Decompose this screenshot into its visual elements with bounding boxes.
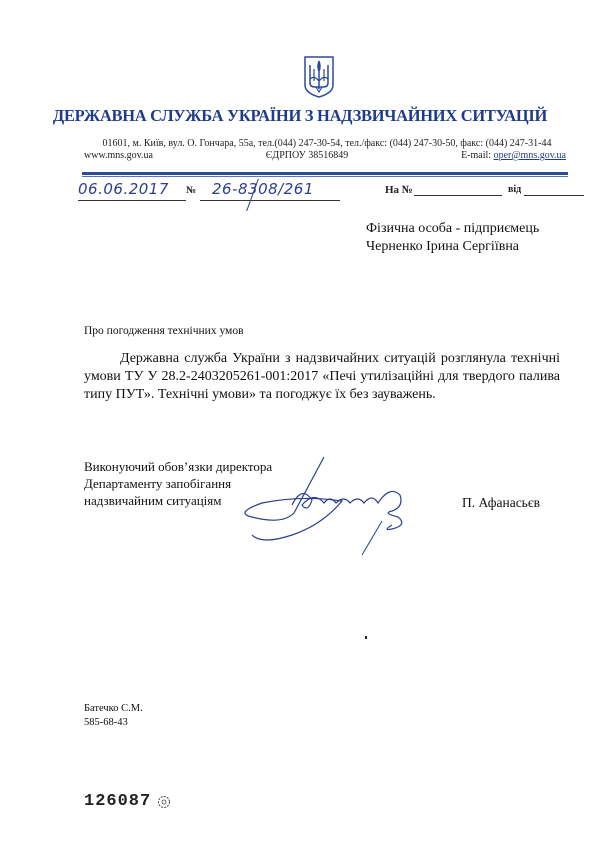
executor-name: Батечко С.М. xyxy=(84,702,143,716)
executor-phone: 585-68-43 xyxy=(84,716,143,730)
letter-body: Державна служба України з надзвичайних с… xyxy=(84,350,560,404)
recipient-name: Черненко Ірина Сергіївна xyxy=(366,238,539,256)
address-line: 01601, м. Київ, вул. О. Гончара, 55а, те… xyxy=(88,138,566,149)
trident-coat-of-arms-icon xyxy=(303,55,335,99)
recipient-block: Фізична особа - підприємець Черненко Іри… xyxy=(366,220,539,256)
number-label: № xyxy=(186,185,196,196)
letter-subject: Про погодження технічних умов xyxy=(84,325,244,337)
website-link[interactable]: www.mns.gov.ua xyxy=(84,150,153,161)
edrpou-code: ЄДРПОУ 38516849 xyxy=(266,150,348,161)
email-link[interactable]: oper@mns.gov.ua xyxy=(494,150,566,161)
email-block: E-mail: oper@mns.gov.ua xyxy=(461,150,566,161)
executor-block: Батечко С.М. 585-68-43 xyxy=(84,702,143,730)
contact-line: www.mns.gov.ua ЄДРПОУ 38516849 E-mail: o… xyxy=(84,150,566,161)
serial-number: 126087 xyxy=(84,792,151,811)
signatory-name: П. Афанасьєв xyxy=(462,495,540,511)
organization-title: ДЕРЖАВНА СЛУЖБА УКРАЇНИ З НАДЗВИЧАЙНИХ С… xyxy=(0,106,600,126)
reply-to-label: На № xyxy=(385,184,413,196)
outgoing-date-field: 06.06.2017 xyxy=(78,180,186,201)
letterhead-divider-thin xyxy=(82,176,568,177)
rosette-mark-icon xyxy=(157,795,171,809)
from-date-field xyxy=(524,183,584,196)
stray-mark xyxy=(365,636,367,639)
from-label: від xyxy=(508,184,521,195)
email-label: E-mail: xyxy=(461,150,494,161)
reply-to-field xyxy=(414,183,502,196)
letterhead-divider xyxy=(82,172,568,175)
handwritten-signature-icon xyxy=(232,455,432,555)
recipient-type: Фізична особа - підприємець xyxy=(366,220,539,238)
outgoing-date: 06.06.2017 xyxy=(78,180,169,198)
outgoing-number-field: 26-8308/261 xyxy=(200,180,340,201)
